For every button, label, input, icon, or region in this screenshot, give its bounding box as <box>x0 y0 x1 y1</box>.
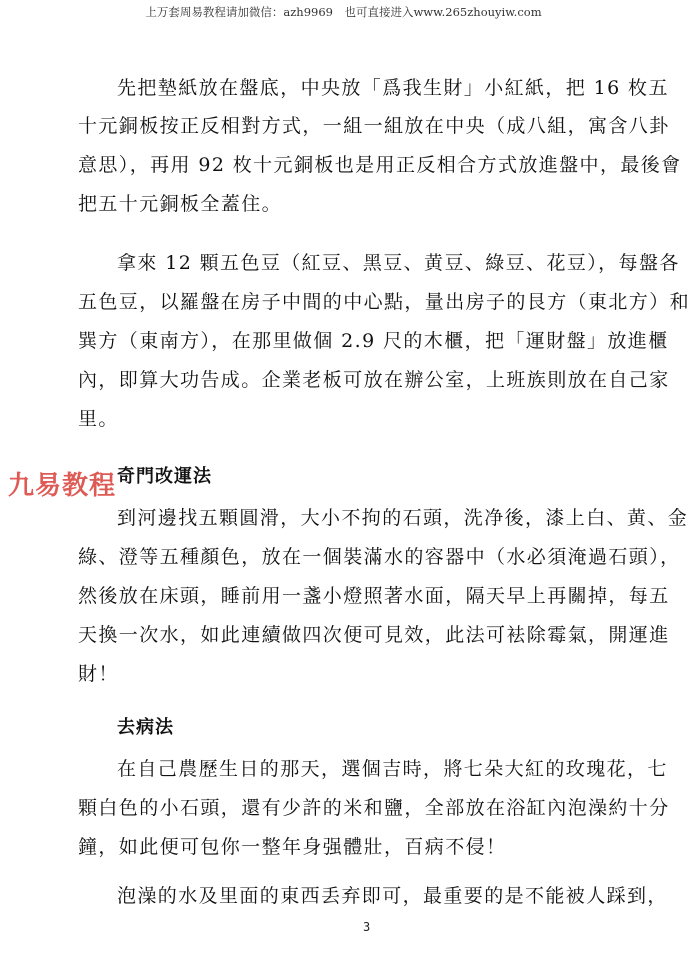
page-number: 3 <box>363 920 370 934</box>
paragraph-line: 拿來 12 顆五色豆（紅豆、黑豆、黄豆、綠豆、花豆），每盤各 6 顆 <box>117 251 662 275</box>
watermark: 九易教程 <box>8 465 116 502</box>
paragraph-line: 意思），再用 92 枚十元銅板也是用正反相合方式放進盤中，最後會 <box>78 153 662 177</box>
paragraph-line: 內，即算大功告成。企業老板可放在辦公室，上班族則放在自己家 <box>78 368 662 392</box>
paragraph-line: 五色豆，以羅盤在房子中間的中心點，量出房子的艮方（東北方）和 <box>78 290 662 314</box>
document-page: 先把墊紙放在盤底，中央放「爲我生財」小紅紙，把 16 枚五 十元銅板按正反相對方… <box>0 0 687 971</box>
paragraph-line: 綠、澄等五種顏色，放在一個裝滿水的容器中（水必須淹過石頭）， <box>78 545 662 569</box>
paragraph-line: 把五十元銅板全蓋住。 <box>78 192 662 216</box>
paragraph-line: 到河邊找五顆圓滑，大小不拘的石頭，洗净後，漆上白、黄、金、 <box>117 506 662 530</box>
section-heading: 去病法 <box>117 716 174 740</box>
paragraph-line: 在自己農歷生日的那天，選個吉時，將七朵大紅的玫瑰花，七 <box>117 757 662 781</box>
paragraph-line: 天換一次水，如此連續做四次便可見效，此法可袪除霉氣，開運進 <box>78 623 662 647</box>
paragraph-line: 然後放在床頭，睡前用一盞小燈照著水面，隔天早上再關掉，每五 <box>78 584 662 608</box>
paragraph-line: 泡澡的水及里面的東西丢弃即可，最重要的是不能被人踩到， <box>117 884 662 908</box>
paragraph-line: 巽方（東南方），在那里做個 2.9 尺的木櫃，把「運財盤」放進櫃 <box>78 329 662 353</box>
paragraph-line: 顆白色的小石頭，還有少許的米和鹽，全部放在浴缸內泡澡約十分 <box>78 796 662 820</box>
paragraph-line: 十元銅板按正反相對方式，一組一組放在中央（成八組，寓含八卦 <box>78 114 662 138</box>
paragraph-line: 鐘，如此便可包你一整年身强體壯，百病不侵！ <box>78 835 662 859</box>
paragraph-line: 里。 <box>78 407 662 431</box>
paragraph-line: 財！ <box>78 662 662 686</box>
section-heading: 奇門改運法 <box>117 465 212 489</box>
paragraph-line: 先把墊紙放在盤底，中央放「爲我生財」小紅紙，把 16 枚五 <box>117 76 662 100</box>
